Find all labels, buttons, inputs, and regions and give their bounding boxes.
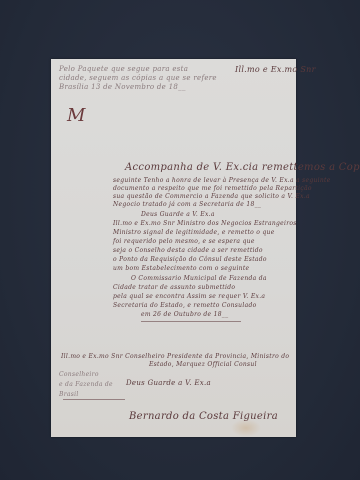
body-line: Deus Guarde a V. Ex.a: [141, 211, 215, 218]
body-line: Secretaria do Estado, e remetto Consulad…: [113, 302, 257, 309]
header-note-line: Brasília 13 de Novembro de 18__: [59, 83, 186, 91]
body-line: o Ponto da Requisição do Cônsul deste Es…: [113, 256, 267, 263]
body-line: Cidade tratar de assunto submettido: [113, 284, 235, 291]
body-line: sua questão de Commercio a Fazenda que s…: [113, 193, 310, 200]
header-note-line: cidade, seguem as cópias a que se refere: [59, 74, 217, 82]
closing-address-line: Conselheiro: [59, 371, 99, 378]
body-line: O Commissario Municipal de Fazenda da: [131, 275, 267, 282]
closing-phrase: Deus Guarde a V. Ex.a: [126, 379, 211, 387]
signature: Bernardo da Costa Figueira: [129, 411, 278, 422]
body-line: seguinte Tenho a honra de levar à Presen…: [113, 177, 331, 184]
divider: [63, 399, 125, 400]
date-line: em 26 de Outubro de 18__: [141, 311, 228, 318]
manuscript-page: Pelo Paquete que segue para esta cidade,…: [51, 59, 296, 437]
header-address: Ill.mo e Ex.mo Snr: [235, 65, 316, 74]
closing-address-line: Estado, Marquez Official Consul: [149, 361, 257, 368]
closing-address-line: e da Fazenda de: [59, 381, 113, 388]
body-line: documento a respeito que me foi remettid…: [113, 185, 312, 192]
body-line: Negocio tratado já com a Secretaria de 1…: [113, 201, 261, 208]
body-line: Ill.mo e Ex.mo Snr Ministro dos Negocios…: [113, 220, 297, 227]
header-note-line: Pelo Paquete que segue para esta: [59, 65, 188, 73]
body-line: foi requerido pelo mesmo, e se espera qu…: [113, 238, 255, 245]
margin-mark: M: [67, 105, 85, 126]
closing-address-line: Brasil: [59, 391, 79, 398]
body-line: pela qual se encontra Assim se requer V.…: [113, 293, 265, 300]
closing-address-line: Ill.mo e Ex.mo Snr Conselheiro President…: [61, 353, 289, 360]
body-line: um bom Estabelecimento com o seguinte: [113, 265, 249, 272]
salutation: Accompanha de V. Ex.cia remettemos a Cop…: [125, 162, 360, 173]
divider: [141, 321, 241, 322]
body-line: seja o Conselho desta cidade a ser remet…: [113, 247, 263, 254]
body-line: Ministro signal de legitimidade, e remet…: [113, 229, 275, 236]
